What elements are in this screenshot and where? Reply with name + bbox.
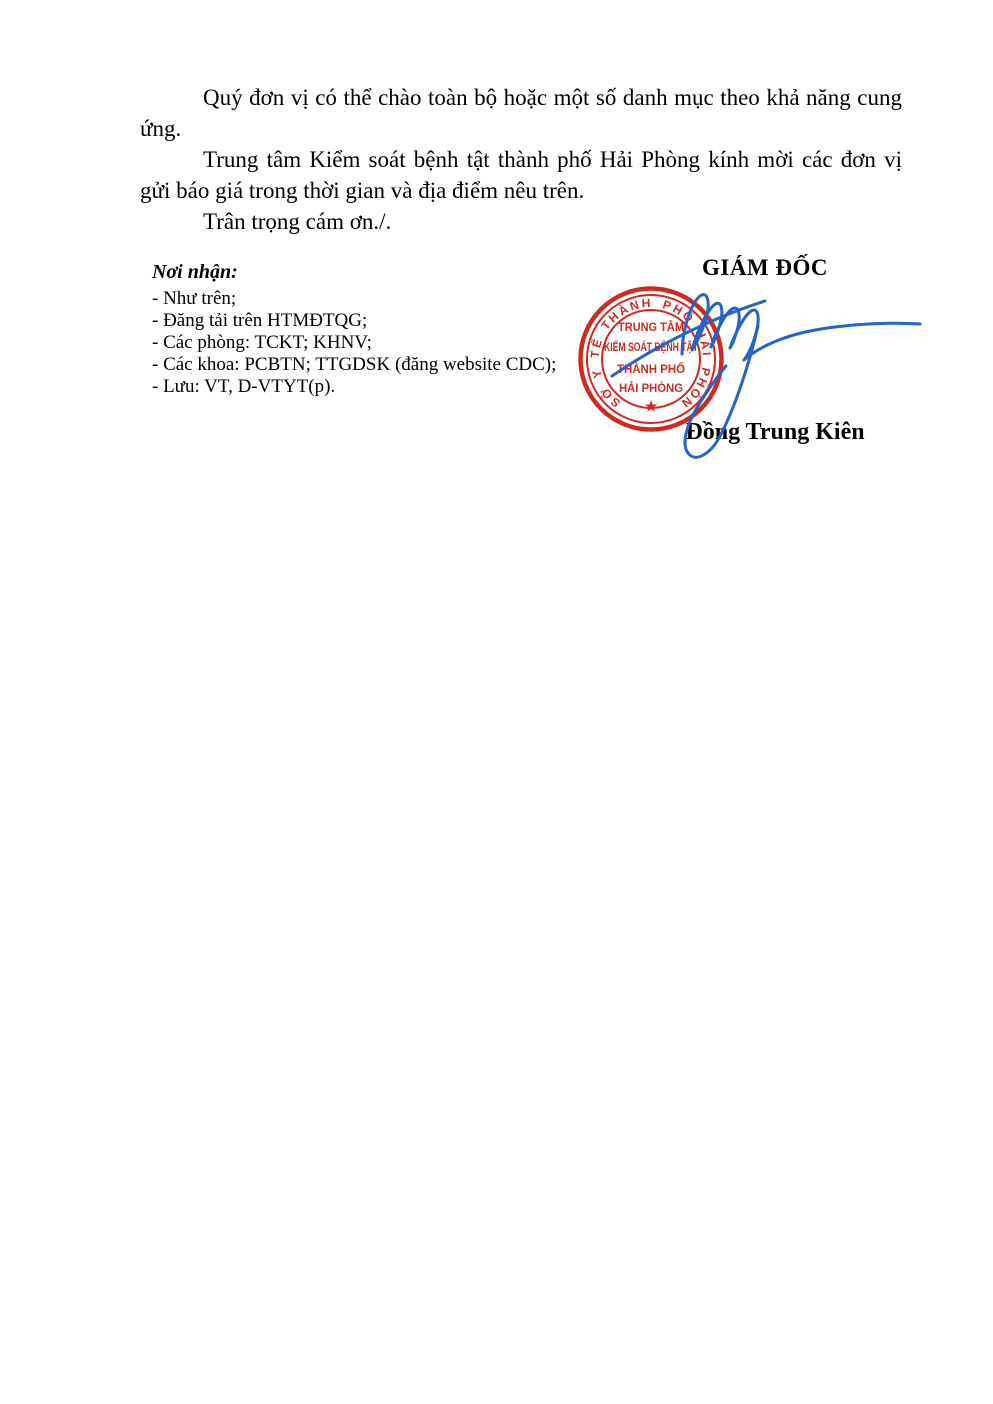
letter-body: Quý đơn vị có thể chào toàn bộ hoặc một … bbox=[140, 82, 902, 237]
paragraph-invitation: Trung tâm Kiểm soát bệnh tật thành phố H… bbox=[140, 144, 902, 206]
official-stamp: SỞ Y TẾ THÀNH PHỐ HẢI PHÒNG TRUNG TÂM KI… bbox=[576, 284, 726, 434]
signer-title: GIÁM ĐỐC bbox=[640, 255, 890, 281]
recipient-item: - Như trên; bbox=[152, 288, 612, 310]
recipients-heading: Nơi nhận: bbox=[152, 261, 612, 284]
document-page: Quý đơn vị có thể chào toàn bộ hoặc một … bbox=[0, 0, 993, 1404]
recipient-item: - Các khoa: PCBTN; TTGDSK (đăng website … bbox=[152, 354, 612, 376]
stamp-center-line: HẢI PHÒNG bbox=[619, 380, 683, 395]
paragraph-thanks: Trân trọng cám ơn./. bbox=[140, 206, 902, 237]
recipient-item: - Các phòng: TCKT; KHNV; bbox=[152, 332, 612, 354]
paragraph-capability: Quý đơn vị có thể chào toàn bộ hoặc một … bbox=[140, 82, 902, 144]
recipient-item: - Lưu: VT, D-VTYT(p). bbox=[152, 376, 612, 398]
star-icon: ★ bbox=[645, 398, 658, 414]
recipient-item: - Đăng tải trên HTMĐTQG; bbox=[152, 310, 612, 332]
stamp-center-line: TRUNG TÂM bbox=[618, 319, 684, 334]
recipients-block: Nơi nhận: - Như trên; - Đăng tải trên HT… bbox=[152, 261, 612, 398]
stamp-center-line: THÀNH PHỐ bbox=[617, 361, 685, 376]
stamp-center-line: KIỂM SOÁT BỆNH TẬT bbox=[604, 339, 698, 354]
